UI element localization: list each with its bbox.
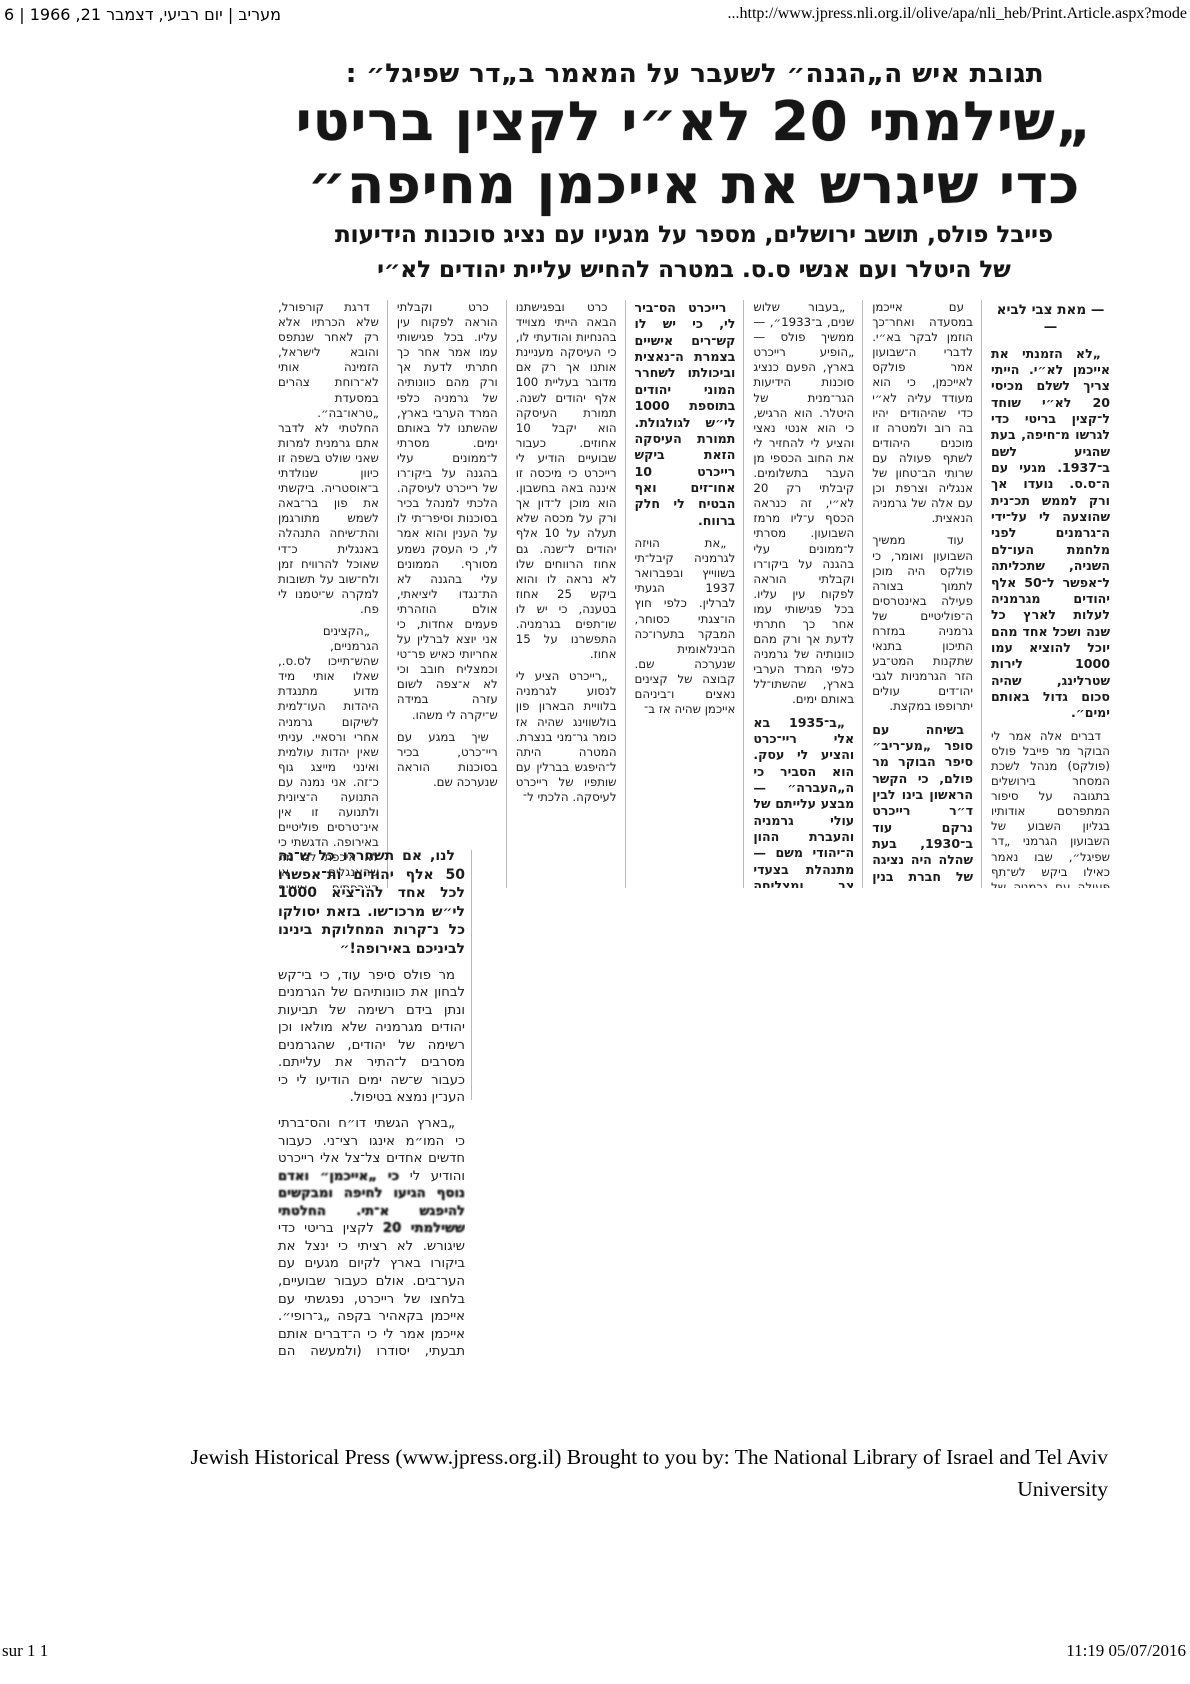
article-paragraph: „את הויזה לגרמניה קיבל־תי בשווייץ ובפברו… xyxy=(635,536,736,717)
article-bottom-column: לנו, אם תשחררו כל ש־נה 50 אלף יהודים ות־… xyxy=(278,847,465,1362)
article-headline-line2: כדי שיגרש את אייכמן מחיפה״ xyxy=(278,154,1110,216)
article-paragraph: לנו, אם תשחררו כל ש־נה 50 אלף יהודים ות־… xyxy=(278,847,465,959)
print-footer-pagecount: sur 1 1 xyxy=(2,1641,48,1661)
article-paragraph: „לא הזמנתי את אייכמן לא״י. הייתי צריך לש… xyxy=(991,346,1110,722)
article-paragraph: „רייכרט הציע לי לנסוע לגרמניה בלוויית הב… xyxy=(516,669,617,805)
article-paragraph: עם אייכמן במסעדה ואחר־כך הוזמן לבקר בא״י… xyxy=(872,300,973,526)
article-byline: — מאת צבי לביא — xyxy=(991,302,1110,337)
article-paragraph: רייכרט הס־ביר לי, כי יש לו קש־רים אישיים… xyxy=(635,300,736,529)
article-column-3: „בעבור שלוש שנים, ב־1933״, — ממשיך פולס … xyxy=(753,300,863,888)
article-paragraph: דברים אלה אמר לי הבוקר מר פייבל פולס (פו… xyxy=(991,729,1110,888)
article-paragraph: „ב־1935 בא אלי ריי־כרט והציע לי עסק. הוא… xyxy=(753,715,854,888)
newspaper-scan: תגובת איש ה„הגנה״ לשעבר על המאמר ב„דר שפ… xyxy=(278,60,1110,1364)
article-column-1: — מאת צבי לביא —„לא הזמנתי את אייכמן לא״… xyxy=(991,300,1110,888)
article-column-7: דרגת קורפורל, שלא הכרתיו אלא רק לאחר שנת… xyxy=(278,300,388,888)
article-column-2: עם אייכמן במסעדה ואחר־כך הוזמן לבקר בא״י… xyxy=(872,300,982,888)
article-paragraph: „בעבור שלוש שנים, ב־1933״, — ממשיך פולס … xyxy=(753,300,854,708)
article-paragraph: מר פולס סיפר עוד, כי בי־קש לבחון את כוונ… xyxy=(278,967,465,1107)
article-paragraph: דרגת קורפורל, שלא הכרתיו אלא רק לאחר שנת… xyxy=(278,300,379,617)
article-paragraph: שיך במגע עם ריי־כרט, בכיר בסוכנות הוראה … xyxy=(397,730,498,790)
article-column-4: רייכרט הס־ביר לי, כי יש לו קש־רים אישיים… xyxy=(635,300,745,888)
print-footer-timestamp: 11:19 05/07/2016 xyxy=(1066,1641,1186,1661)
article-kicker: תגובת איש ה„הגנה״ לשעבר על המאמר ב„דר שפ… xyxy=(278,60,1110,89)
article-column-5: כרט ובפגישתנו הבאה הייתי מצוייד בהנחיות … xyxy=(516,300,626,888)
print-header-url: ...http://www.jpress.nli.org.il/olive/ap… xyxy=(728,5,1187,23)
article-paragraph: כרט וקבלתי הוראה לפקוח עין עליו. בכל פגי… xyxy=(397,300,498,723)
article-paragraph: „בארץ הגשתי דו״ח והס־ברתי כי המו״מ אינגו… xyxy=(278,1115,465,1362)
article-paragraph: כרט ובפגישתנו הבאה הייתי מצוייד בהנחיות … xyxy=(516,300,617,662)
article-columns: — מאת צבי לביא —„לא הזמנתי את אייכמן לא״… xyxy=(278,300,1110,888)
column-divider xyxy=(471,850,472,1100)
attribution-caption-line2: University xyxy=(85,1473,1108,1505)
article-subhead-line1: פייבל פולס, תושב ירושלים, מספר על מגעיו … xyxy=(278,221,1110,251)
article-subhead-line2: של היטלר ועם אנשי ס.ס. במטרה להחיש עליית… xyxy=(278,256,1110,286)
article-paragraph: עוד ממשיך השבועון ואומר, כי פולקס היה מו… xyxy=(872,533,973,714)
attribution-caption: Jewish Historical Press (www.jpress.org.… xyxy=(85,1441,1108,1506)
article-headline-line1: „שילמתי 20 לא״י לקצין בריטי xyxy=(278,91,1110,153)
attribution-caption-line1: Jewish Historical Press (www.jpress.org.… xyxy=(85,1441,1108,1473)
print-header-source: מעריב | יום רביעי, דצמבר 21, 1966 | 6 xyxy=(4,5,281,24)
article-column-6: כרט וקבלתי הוראה לפקוח עין עליו. בכל פגי… xyxy=(397,300,507,888)
smudged-print-text: כי „אייכמן״ ואדם נוסף הגיעו לחיפה ומבקשי… xyxy=(278,1169,465,1237)
article-paragraph: בשיחה עם סופר „מע־ריב״ סיפר הבוקר מר פול… xyxy=(872,722,973,888)
